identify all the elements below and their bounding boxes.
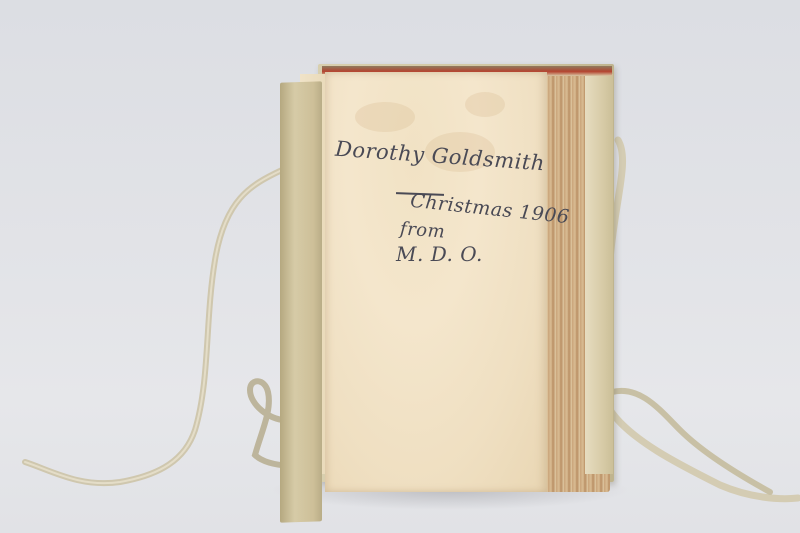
- inscription-initials: M. D. O.: [396, 242, 483, 266]
- flyleaf-page: [325, 72, 547, 492]
- back-board-edge: [585, 74, 613, 474]
- inscription-from: from: [399, 218, 446, 242]
- foxing-stain: [465, 92, 505, 117]
- foxing-stain: [355, 102, 415, 132]
- photo-scene: Dorothy Goldsmith Christmas 1906 from M.…: [0, 0, 800, 533]
- front-cover: [280, 81, 322, 522]
